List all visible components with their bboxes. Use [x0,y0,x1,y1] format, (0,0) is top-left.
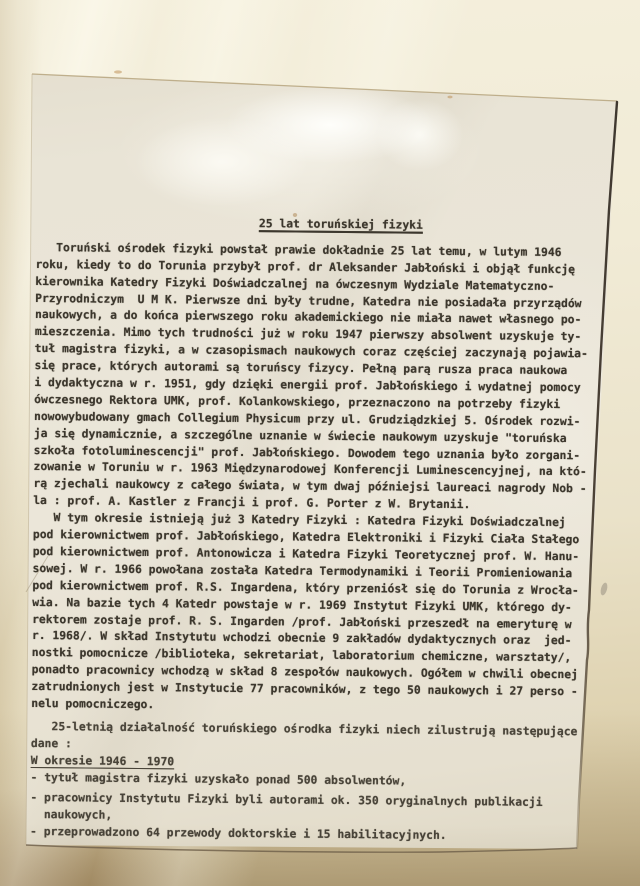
paragraph-3: 25-letnią działalność toruńskiego ośrodk… [31,718,585,757]
paragraph-2: W tym okresie istnieją już 3 Katedry Fiz… [31,509,587,717]
paragraph-1: Toruński ośrodek fizyki powstał prawie d… [33,239,590,515]
document-text: 25 lat toruńskiej fizyki Toruński ośrode… [30,213,590,845]
statistics-list: - tytuł magistra fizyki uzyskało ponad 5… [30,768,585,845]
